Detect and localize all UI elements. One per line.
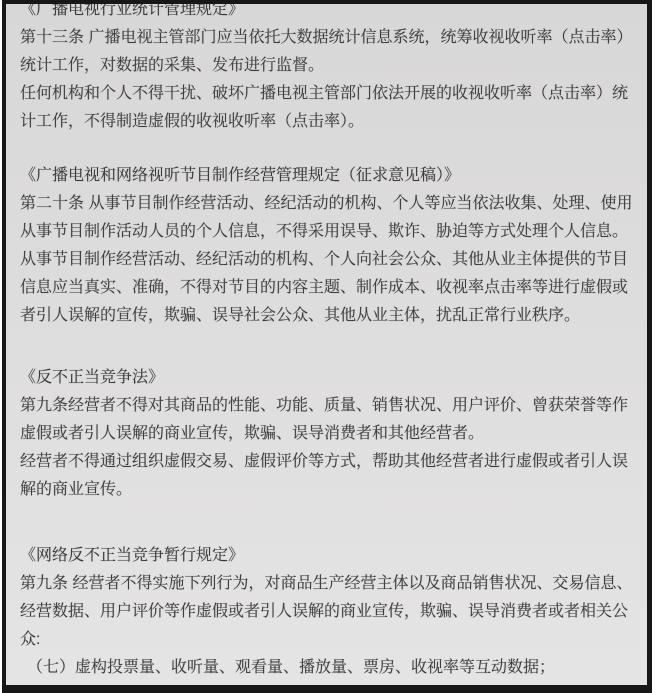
text-line: 经营者不得通过组织虚假交易、虚假评价等方式，帮助其他经营者进行虚假或者引人误 (20, 448, 641, 476)
text-line: 解的商业宣传。 (20, 476, 641, 504)
section-title: 《广播电视和网络视听节目制作经营管理规定（征求意见稿）》 (20, 162, 641, 190)
text-line: （七）虚构投票量、收听量、观看量、播放量、票房、收视率等互动数据； (20, 654, 641, 682)
section-broadcast-statistics-regulation: 《广播电视行业统计管理规定》 第十三条 广播电视主管部门应当依托大数据统计信息系… (20, 0, 641, 136)
text-line: 第十三条 广播电视主管部门应当依托大数据统计信息系统，统筹收视收听率（点击率） (20, 24, 641, 52)
text-line: 统计工作，对数据的采集、发布进行监督。 (20, 52, 641, 80)
document-content: 《广播电视行业统计管理规定》 第十三条 广播电视主管部门应当依托大数据统计信息系… (6, 0, 647, 682)
document-frame: 《广播电视行业统计管理规定》 第十三条 广播电视主管部门应当依托大数据统计信息系… (2, 0, 652, 693)
text-line: 者引人误解的宣传，欺骗、误导社会公众、其他从业主体，扰乱正常行业秩序。 (20, 302, 641, 330)
section-network-anti-unfair-competition-rules: 《网络反不正当竞争暂行规定》 第九条 经营者不得实施下列行为，对商品生产经营主体… (20, 542, 641, 682)
section-title: 《反不正当竞争法》 (20, 364, 641, 392)
section-title: 《网络反不正当竞争暂行规定》 (20, 542, 641, 570)
text-line: 第二十条 从事节目制作经营活动、经纪活动的机构、个人等应当依法收集、处理、使用 (20, 190, 641, 218)
text-line: 第九条 经营者不得实施下列行为，对商品生产经营主体以及商品销售状况、交易信息、 (20, 570, 641, 598)
text-line: 从事节目制作活动人员的个人信息，不得采用误导、欺诈、胁迫等方式处理个人信息。 (20, 218, 641, 246)
text-line: 任何机构和个人不得干扰、破坏广播电视主管部门依法开展的收视收听率（点击率）统 (20, 80, 641, 108)
text-line: 计工作，不得制造虚假的收视收听率（点击率）。 (20, 108, 641, 136)
section-title: 《广播电视行业统计管理规定》 (20, 0, 641, 24)
text-line: 众: (20, 626, 641, 654)
text-line: 经营数据、用户评价等作虚假或者引人误解的商业宣传，欺骗、误导消费者或者相关公 (20, 598, 641, 626)
text-line: 虚假或者引人误解的商业宣传，欺骗、误导消费者和其他经营者。 (20, 420, 641, 448)
section-anti-unfair-competition-law: 《反不正当竞争法》 第九条经营者不得对其商品的性能、功能、质量、销售状况、用户评… (20, 364, 641, 504)
text-line: 从事节目制作经营活动、经纪活动的机构、个人向社会公众、其他从业主体提供的节目 (20, 246, 641, 274)
section-program-production-regulation: 《广播电视和网络视听节目制作经营管理规定（征求意见稿）》 第二十条 从事节目制作… (20, 162, 641, 330)
text-line: 信息应当真实、准确，不得对节目的内容主题、制作成本、收视率点击率等进行虚假或 (20, 274, 641, 302)
text-line: 第九条经营者不得对其商品的性能、功能、质量、销售状况、用户评价、曾获荣誉等作 (20, 392, 641, 420)
